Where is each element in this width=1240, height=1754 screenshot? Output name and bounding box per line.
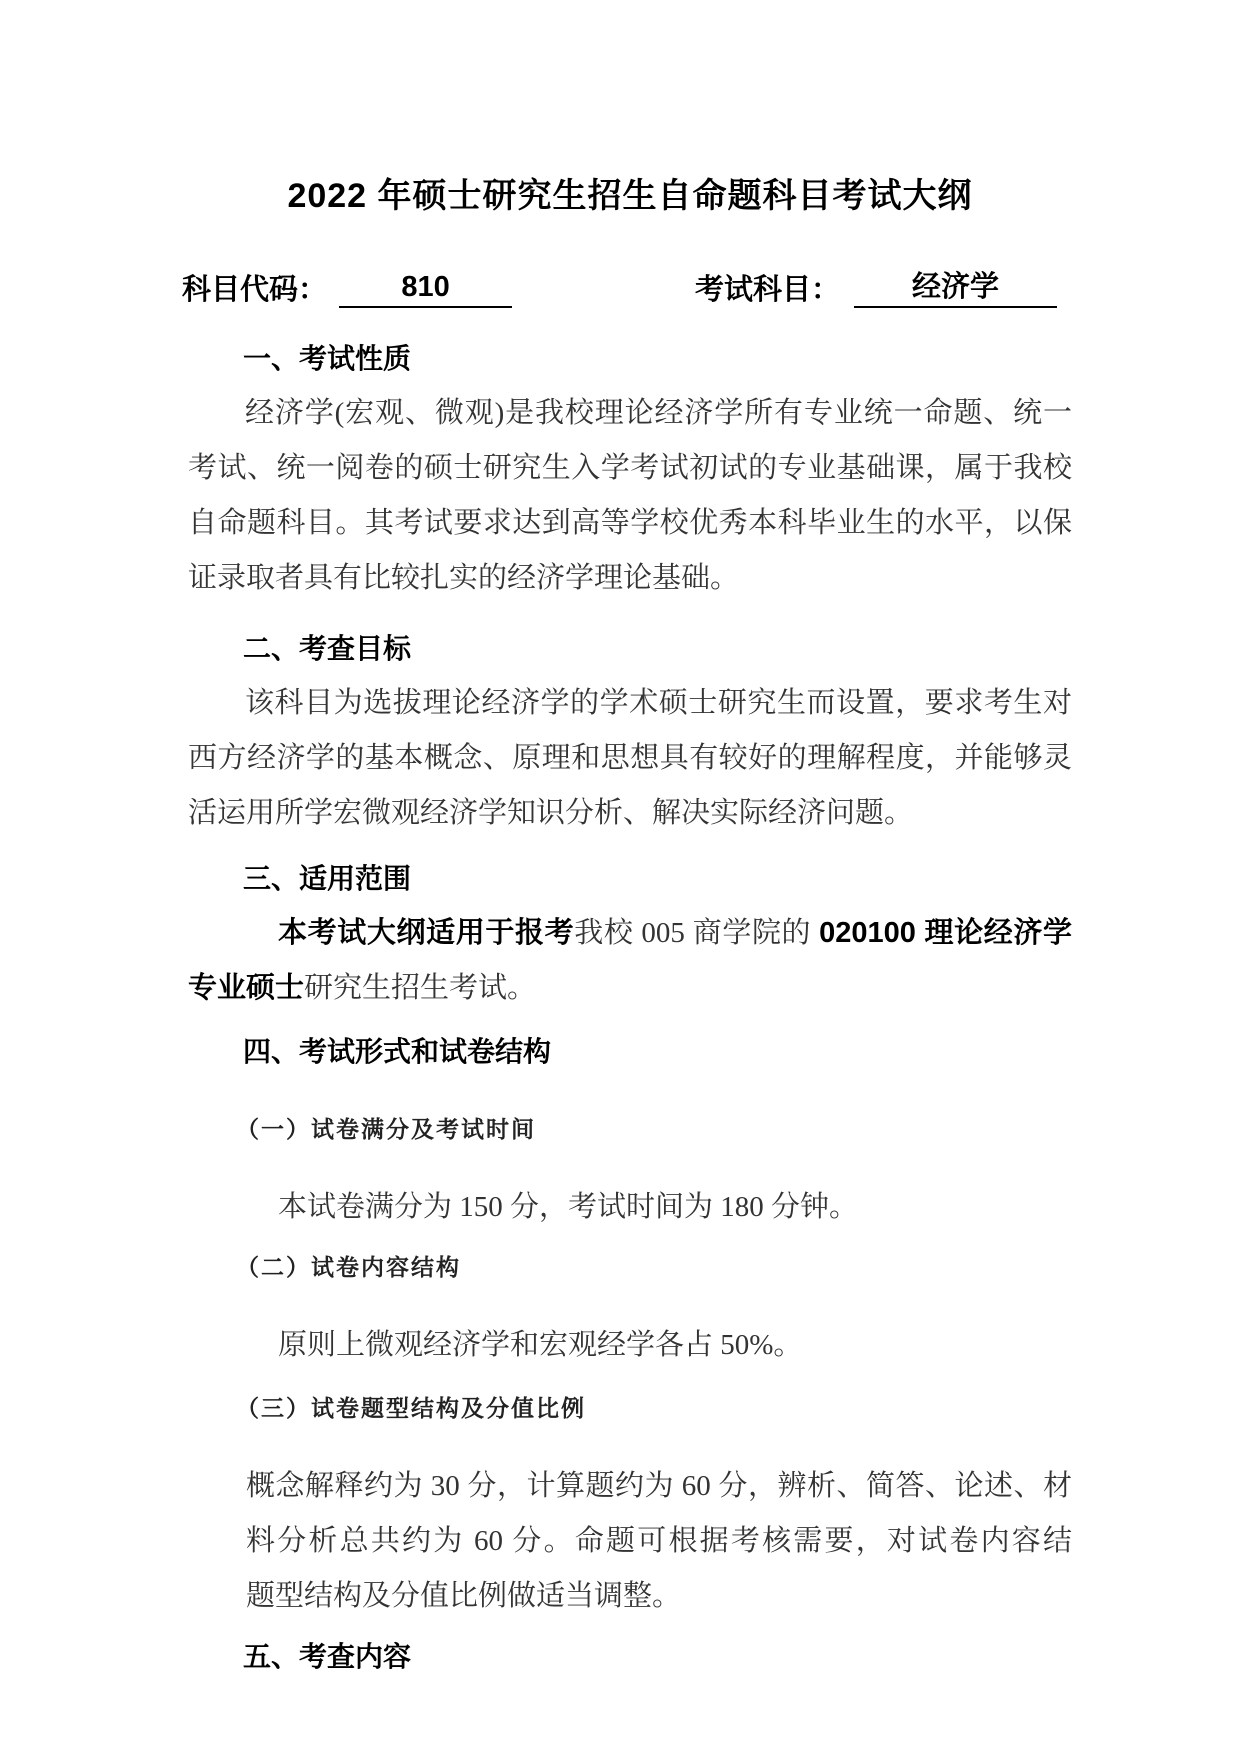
paragraph-line: 经济学(宏观、微观)是我校理论经济学所有专业统一命题、统一 <box>188 386 1072 441</box>
section-1-paragraph: 经济学(宏观、微观)是我校理论经济学所有专业统一命题、统一 考试、统一阅卷的硕士… <box>188 386 1072 606</box>
paragraph-line: 证录取者具有比较扎实的经济学理论基础。 <box>188 551 1072 606</box>
exam-subject-group: 考试科目： 经济学 <box>695 267 1057 308</box>
exam-subject-value: 经济学 <box>854 272 1057 308</box>
section-5-heading: 五、考查内容 <box>243 1629 1072 1684</box>
subsection-3-paragraph: 概念解释约为 30 分，计算题约为 60 分，辨析、简答、论述、材 料分析总共约… <box>188 1459 1072 1624</box>
subject-code-group: 科目代码： 810 <box>182 267 512 308</box>
document-title: 2022 年硕士研究生招生自命题科目考试大纲 <box>188 172 1072 220</box>
subject-code-value: 810 <box>339 272 512 308</box>
subsection-2-heading: （二）试卷内容结构 <box>236 1240 1072 1295</box>
paragraph-line: 考试、统一阅卷的硕士研究生入学考试初试的专业基础课，属于我校 <box>188 441 1072 496</box>
paragraph-line: 本考试大纲适用于报考我校 005 商学院的 020100 理论经济学 <box>188 906 1072 961</box>
paragraph-line: 该科目为选拔理论经济学的学术硕士研究生而设置，要求考生对 <box>188 676 1072 731</box>
exam-subject-label: 考试科目： <box>695 267 840 308</box>
document-page: 2022 年硕士研究生招生自命题科目考试大纲 科目代码： 810 考试科目： 经… <box>0 0 1240 1754</box>
paragraph-line: 本试卷满分为 150 分，考试时间为 180 分钟。 <box>278 1180 1072 1235</box>
body-text-segment: 我校 005 商学院的 <box>574 917 819 949</box>
section-1-heading: 一、考试性质 <box>243 331 1072 386</box>
paragraph-line: 原则上微观经济学和宏观经学各占 50%。 <box>278 1318 1072 1373</box>
paragraph-line: 西方经济学的基本概念、原理和思想具有较好的理解程度，并能够灵 <box>188 731 1072 786</box>
subsection-3-heading: （三）试卷题型结构及分值比例 <box>236 1381 1072 1436</box>
paragraph-line: 概念解释约为 30 分，计算题约为 60 分，辨析、简答、论述、材 <box>246 1459 1072 1514</box>
body-text-segment: 研究生招生考试。 <box>304 972 536 1004</box>
section-3-heading: 三、适用范围 <box>243 851 1072 906</box>
bold-text-segment: 专业硕士 <box>188 972 304 1004</box>
section-3-paragraph: 本考试大纲适用于报考我校 005 商学院的 020100 理论经济学 专业硕士研… <box>188 906 1072 1016</box>
paragraph-line: 活运用所学宏微观经济学知识分析、解决实际经济问题。 <box>188 786 1072 841</box>
document-content: 2022 年硕士研究生招生自命题科目考试大纲 科目代码： 810 考试科目： 经… <box>0 0 1240 1684</box>
bold-text-segment: 020100 理论经济学 <box>819 917 1072 949</box>
bold-text-segment: 本考试大纲适用于报考 <box>278 917 574 949</box>
paragraph-line: 专业硕士研究生招生考试。 <box>188 961 1072 1016</box>
subsection-1-heading: （一）试卷满分及考试时间 <box>236 1102 1072 1157</box>
section-2-heading: 二、考查目标 <box>243 621 1072 676</box>
section-4-heading: 四、考试形式和试卷结构 <box>243 1024 1072 1079</box>
section-2-paragraph: 该科目为选拔理论经济学的学术硕士研究生而设置，要求考生对 西方经济学的基本概念、… <box>188 676 1072 841</box>
paragraph-line: 料分析总共约为 60 分。命题可根据考核需要，对试卷内容结构、 <box>246 1514 1072 1569</box>
subject-code-label: 科目代码： <box>182 267 327 308</box>
paragraph-line: 题型结构及分值比例做适当调整。 <box>246 1569 1072 1624</box>
subject-row: 科目代码： 810 考试科目： 经济学 <box>188 266 1072 308</box>
paragraph-line: 自命题科目。其考试要求达到高等学校优秀本科毕业生的水平，以保 <box>188 496 1072 551</box>
